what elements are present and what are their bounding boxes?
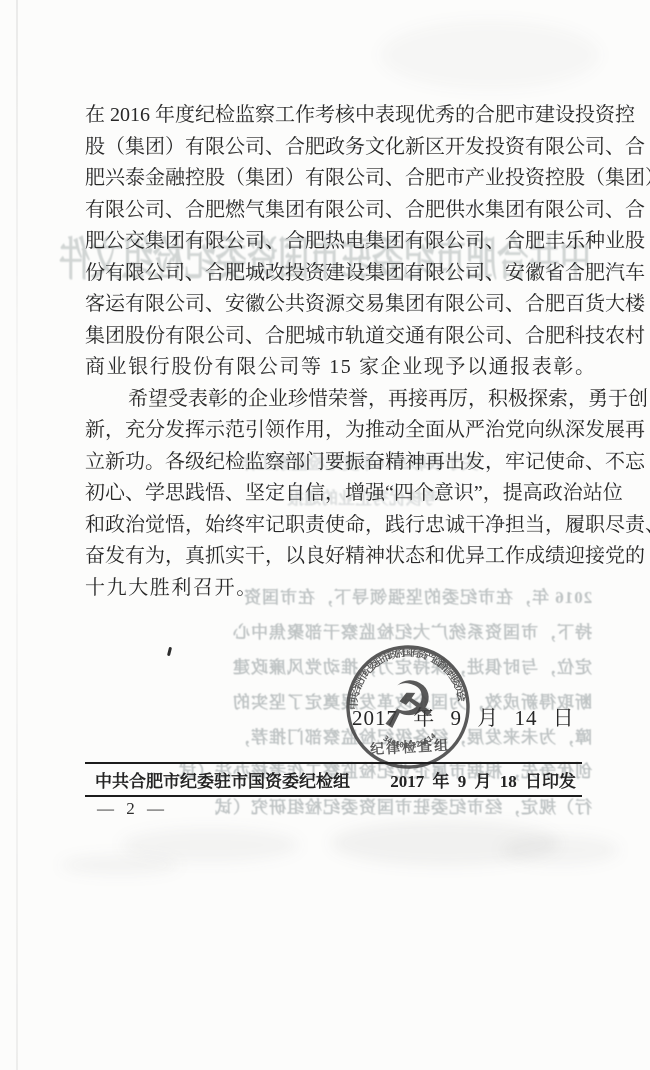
body-line: 份有限公司、合肥城改投资建设集团有限公司、安徽省合肥汽车 xyxy=(85,258,568,290)
scan-smudge xyxy=(60,855,180,875)
document-footer: 中共合肥市纪委驻市国资委纪检组 2017 年 9 月 18 日印发 xyxy=(85,762,582,797)
body-line: 奋发有为，真抓实干，以良好精神状态和优异工作成绩迎接党的 xyxy=(85,541,568,573)
body-line: 希望受表彰的企业珍惜荣誉，再接再厉，积极探索，勇于创 xyxy=(85,384,568,416)
scan-smudge xyxy=(500,835,620,865)
body-line: 在 2016 年度纪检监察工作考核中表现优秀的合肥市建设投资控 xyxy=(85,100,568,132)
body-line: 肥公交集团有限公司、合肥热电集团有限公司、合肥丰乐种业股 xyxy=(85,226,568,258)
page-number: — 2 — xyxy=(97,799,168,819)
body-line: 肥兴泰金融控股（集团）有限公司、合肥市产业投资控股（集团） xyxy=(85,163,568,195)
footer-rule-bottom xyxy=(85,795,582,797)
body-line: 初心、学思践悟、坚定自信，增强“四个意识”，提高政治站位 xyxy=(85,478,568,510)
scan-smudge xyxy=(380,20,600,90)
document-body: 在 2016 年度纪检监察工作考核中表现优秀的合肥市建设投资控 股（集团）有限公… xyxy=(85,100,568,604)
body-line: 新，充分发挥示范引领作用，为推动全面从严治党向纵深发展再 xyxy=(85,415,568,447)
body-line: 立新功。各级纪检监察部门要振奋精神再出发，牢记使命、不忘 xyxy=(85,447,568,479)
body-line: 十九大胜利召开。 xyxy=(85,573,568,605)
body-line: 和政治觉悟，始终牢记职责使命，践行忠诚干净担当，履职尽责、 xyxy=(85,510,568,542)
hammer-sickle-emblem-icon: ☭ xyxy=(377,668,438,745)
paper-sheet: 中共合肥市纪委驻市国资委纪检组文件 关于表彰2016年度纪检监察工作 考核优秀企… xyxy=(0,0,650,1070)
body-line: 客运有限公司、安徽公共资源交易集团有限公司、合肥百货大楼 xyxy=(85,289,568,321)
scanned-document-page: { "body": { "para1_lines": [ "在 2016 年度纪… xyxy=(0,0,650,1070)
ink-speck-artifact xyxy=(167,647,172,656)
body-line: 集团股份有限公司、合肥城市轨道交通有限公司、合肥科技农村 xyxy=(85,321,568,353)
footer-issuer: 中共合肥市纪委驻市国资委纪检组 xyxy=(95,767,350,792)
body-line: 商业银行股份有限公司等 15 家企业现予以通报表彰。 xyxy=(85,352,568,384)
scan-edge-artifact xyxy=(16,0,18,1070)
body-line: 股（集团）有限公司、合肥政务文化新区开发投资有限公司、合 xyxy=(85,132,568,164)
body-line: 有限公司、合肥燃气集团有限公司、合肥供水集团有限公司、合 xyxy=(85,195,568,227)
footer-print-date: 2017 年 9 月 18 日印发 xyxy=(390,767,576,792)
